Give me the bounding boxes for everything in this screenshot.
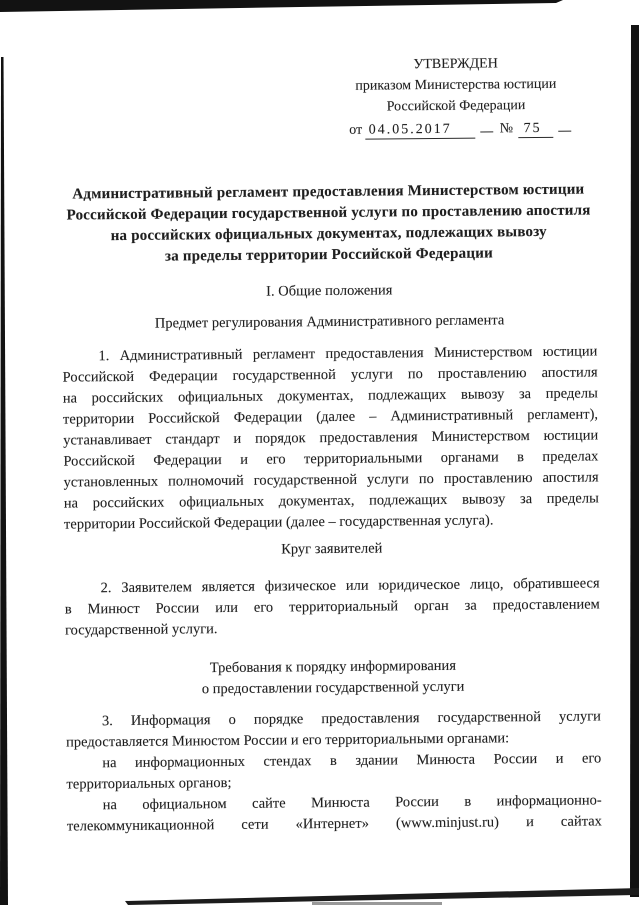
subsection-heading-subject: Предмет регулирования Административного … xyxy=(62,309,597,335)
scanned-document-page: УТВЕРЖДЕН приказом Министерства юстиции … xyxy=(0,0,640,905)
heading-line: о предоставлении государственной услуги xyxy=(66,675,601,701)
approval-status: УТВЕРЖДЕН xyxy=(347,53,565,76)
approval-stamp: УТВЕРЖДЕН приказом Министерства юстиции … xyxy=(347,53,566,141)
number-sign: № xyxy=(500,121,514,136)
order-number: 75 xyxy=(518,121,553,138)
paragraph-2: 2. Заявителем является физическое или юр… xyxy=(65,573,601,641)
order-date: 04.05.2017 xyxy=(366,122,476,140)
scan-edge-bottom xyxy=(125,888,639,905)
scan-edge-left xyxy=(0,57,8,905)
blank-underline xyxy=(558,117,571,132)
scan-edge-right xyxy=(630,25,639,897)
blank-underline xyxy=(481,117,494,132)
approval-by-line1: приказом Министерства юстиции xyxy=(347,74,565,97)
order-date-number-line: от 04.05.2017№ 75 xyxy=(347,117,565,141)
document-content: УТВЕРЖДЕН приказом Министерства юстиции … xyxy=(59,0,602,838)
paragraph-3: 3. Информация о порядке предоставления г… xyxy=(66,706,602,837)
date-prefix: от xyxy=(349,123,362,138)
paragraph-1: 1. Административный регламент предоставл… xyxy=(62,341,599,535)
document-title: Административный регламент предоставлени… xyxy=(61,179,597,268)
approval-by-line2: Российской Федерации xyxy=(347,95,565,118)
text-line: государственной услуги. xyxy=(65,615,600,641)
section-heading-general: I. Общие положения xyxy=(62,278,597,304)
subsection-heading-informing: Требования к порядку информирования о пр… xyxy=(65,654,600,701)
text-line: телекоммуникационной сети «Интернет» (ww… xyxy=(67,811,602,837)
text-line: территории Российской Федерации (далее –… xyxy=(64,509,599,535)
subsection-heading-applicants: Круг заявителей xyxy=(64,536,599,562)
